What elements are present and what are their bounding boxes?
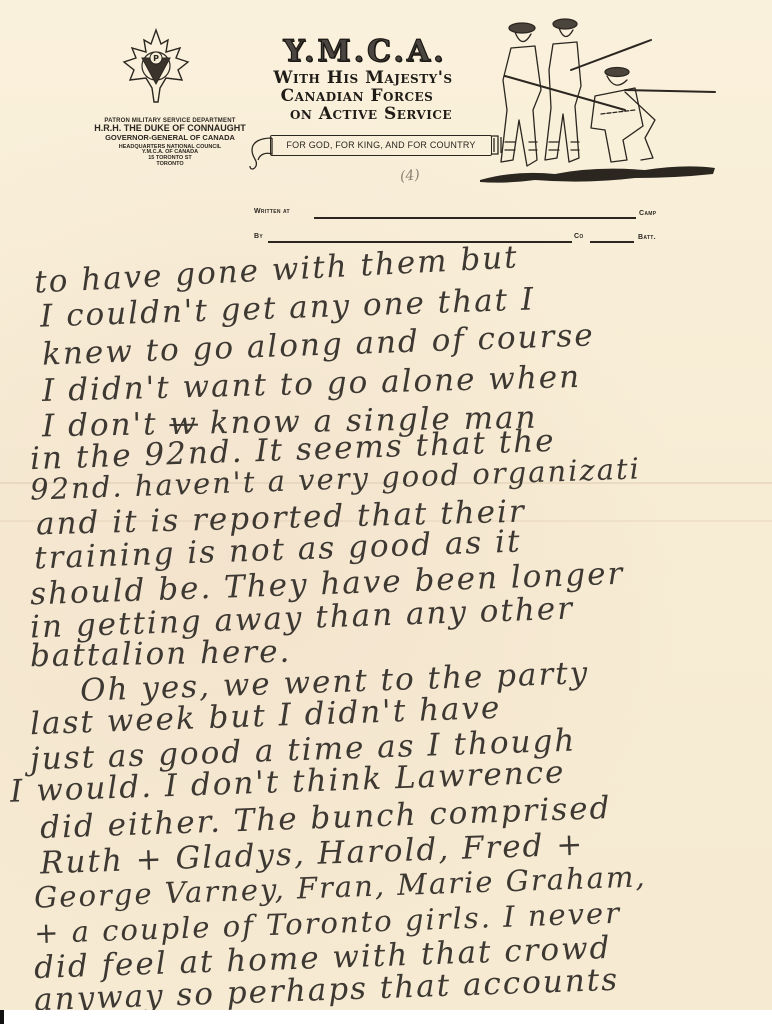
svg-text:P: P — [153, 54, 159, 63]
scan-edge-mark — [0, 1010, 4, 1024]
motto-banner: FOR GOD, FOR KING, AND FOR COUNTRY — [270, 135, 492, 156]
patron-title: GOVERNOR-GENERAL OF CANADA — [70, 134, 270, 142]
patron-block: PATRON MILITARY SERVICE DEPARTMENT H.R.H… — [70, 118, 270, 168]
written-at-label: Written at — [254, 208, 290, 215]
page-number: (4) — [399, 167, 420, 185]
organization-title: Y.M.C.A. — [250, 34, 480, 69]
camp-label: Camp — [639, 210, 656, 217]
written-at-line — [314, 217, 636, 219]
co-label: Co — [574, 233, 584, 240]
co-line — [590, 241, 634, 243]
hq-city: TORONTO — [70, 162, 270, 168]
soldiers-illustration-icon — [475, 10, 725, 188]
letter-page: P PATRON MILITARY SERVICE DEPARTMENT H.R… — [0, 0, 772, 1010]
maple-leaf-emblem-icon: P — [120, 28, 192, 104]
batt-label: Batt. — [638, 234, 656, 241]
by-label: By — [254, 233, 263, 240]
subtitle-line-1: With His Majesty's — [218, 68, 508, 88]
subtitle-line-3: on Active Service — [226, 104, 516, 124]
by-line — [268, 241, 572, 243]
subtitle-line-2: Canadian Forces — [212, 86, 502, 106]
